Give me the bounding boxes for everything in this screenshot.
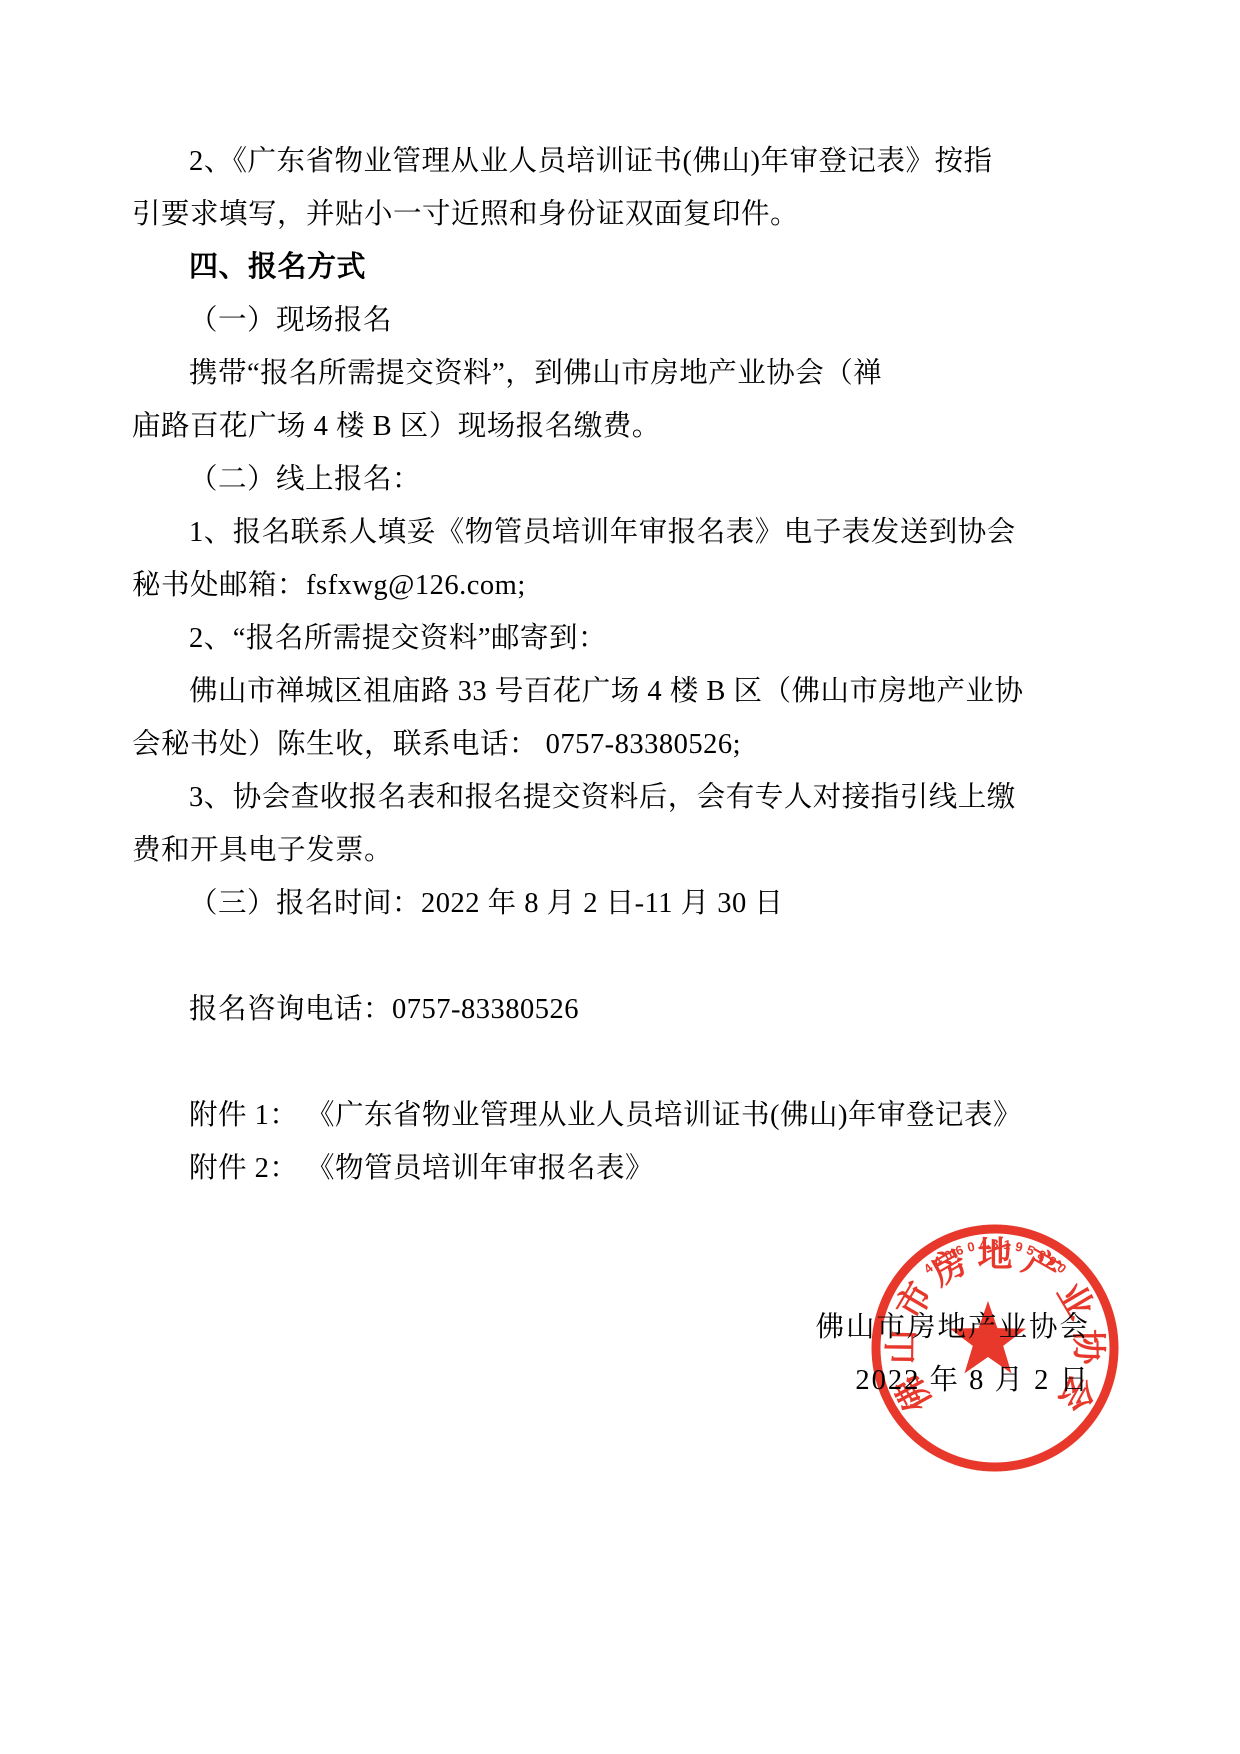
text-line: 引要求填写，并贴小一寸近照和身份证双面复印件。 <box>132 188 1010 241</box>
star-icon <box>950 1301 1026 1373</box>
seal-serial-digit: 9 <box>1014 1239 1024 1255</box>
text-line <box>132 1036 1010 1089</box>
text-line: 佛山市禅城区祖庙路 33 号百花广场 4 楼 B 区（佛山市房地产业协 <box>132 665 1010 718</box>
text-line: 1、报名联系人填妥《物管员培训年审报名表》电子表发送到协会 <box>132 506 1010 559</box>
text-line: 秘书处邮箱：fsfxwg@126.com; <box>132 559 1010 612</box>
text-line: 庙路百花广场 4 楼 B 区）现场报名缴费。 <box>132 400 1010 453</box>
text-line: 四、报名方式 <box>132 241 1010 294</box>
seal-arc-char: 山 <box>882 1329 921 1364</box>
seal-arc-char: 协 <box>1068 1329 1107 1366</box>
document-page: 2、《广东省物业管理从业人员培训证书(佛山)年审登记表》按指引要求填写，并贴小一… <box>0 0 1240 1754</box>
text-line: （二）线上报名： <box>132 453 1010 506</box>
text-line: （三）报名时间：2022 年 8 月 2 日-11 月 30 日 <box>132 877 1010 930</box>
seal-serial-digit: 0 <box>966 1239 976 1255</box>
official-seal: 佛山市房地产业协会 4406043195890 <box>870 1223 1120 1473</box>
text-line: 2、《广东省物业管理从业人员培训证书(佛山)年审登记表》按指 <box>132 135 1010 188</box>
text-line: 报名咨询电话：0757-83380526 <box>132 983 1010 1036</box>
seal-serial-digit: 3 <box>991 1237 998 1252</box>
text-line: 附件 2： 《物管员培训年审报名表》 <box>132 1142 1010 1195</box>
text-line <box>132 930 1010 983</box>
text-line: 携带“报名所需提交资料”，到佛山市房地产业协会（禅 <box>132 347 1010 400</box>
text-line: 费和开具电子发票。 <box>132 824 1010 877</box>
text-line: （一）现场报名 <box>132 294 1010 347</box>
text-line: 会秘书处）陈生收，联系电话： 0757-83380526; <box>132 718 1010 771</box>
text-line: 3、协会查收报名表和报名提交资料后，会有专人对接指引线上缴 <box>132 771 1010 824</box>
document-body: 2、《广东省物业管理从业人员培训证书(佛山)年审登记表》按指引要求填写，并贴小一… <box>132 135 1010 1407</box>
text-line: 附件 1： 《广东省物业管理从业人员培训证书(佛山)年审登记表》 <box>132 1089 1010 1142</box>
text-line: 2、“报名所需提交资料”邮寄到： <box>132 612 1010 665</box>
